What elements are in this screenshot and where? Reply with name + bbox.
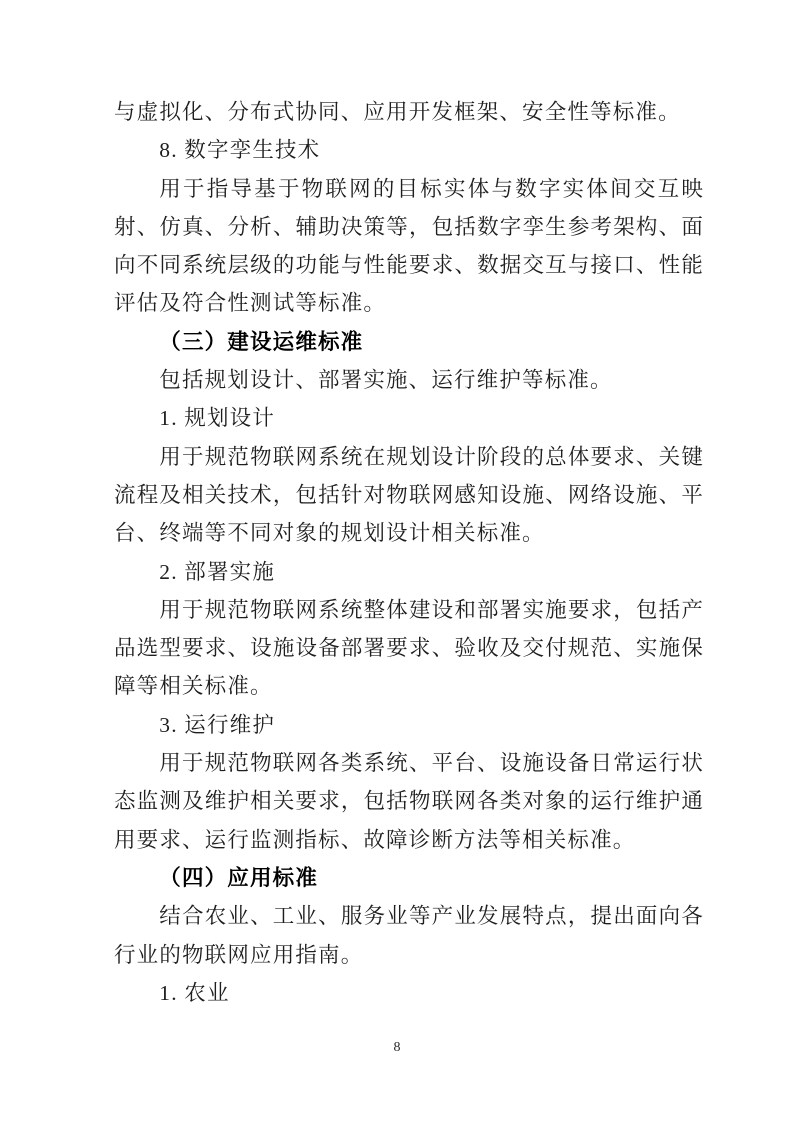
body-paragraph: 用于规范物联网各类系统、平台、设施设备日常运行状态监测及维护相关要求，包括物联网… <box>114 744 704 859</box>
body-paragraph: 用于规范物联网系统在规划设计阶段的总体要求、关键流程及相关技术，包括针对物联网感… <box>114 438 704 553</box>
numbered-item: 8. 数字孪生技术 <box>114 131 704 169</box>
body-paragraph: 包括规划设计、部署实施、运行维护等标准。 <box>114 361 704 399</box>
numbered-item: 3. 运行维护 <box>114 706 704 744</box>
page-body-text: 与虚拟化、分布式协同、应用开发框架、安全性等标准。 8. 数字孪生技术 用于指导… <box>114 93 704 1012</box>
numbered-item: 1. 规划设计 <box>114 399 704 437</box>
section-heading: （三）建设运维标准 <box>114 323 704 361</box>
body-paragraph: 用于指导基于物联网的目标实体与数字实体间交互映射、仿真、分析、辅助决策等，包括数… <box>114 170 704 323</box>
body-paragraph: 结合农业、工业、服务业等产业发展特点，提出面向各行业的物联网应用指南。 <box>114 897 704 974</box>
numbered-item: 2. 部署实施 <box>114 553 704 591</box>
numbered-item: 1. 农业 <box>114 974 704 1012</box>
body-paragraph: 与虚拟化、分布式协同、应用开发框架、安全性等标准。 <box>114 93 704 131</box>
page-number: 8 <box>0 1038 794 1058</box>
document-page: 与虚拟化、分布式协同、应用开发框架、安全性等标准。 8. 数字孪生技术 用于指导… <box>0 0 794 1123</box>
body-paragraph: 用于规范物联网系统整体建设和部署实施要求，包括产品选型要求、设施设备部署要求、验… <box>114 591 704 706</box>
section-heading: （四）应用标准 <box>114 859 704 897</box>
